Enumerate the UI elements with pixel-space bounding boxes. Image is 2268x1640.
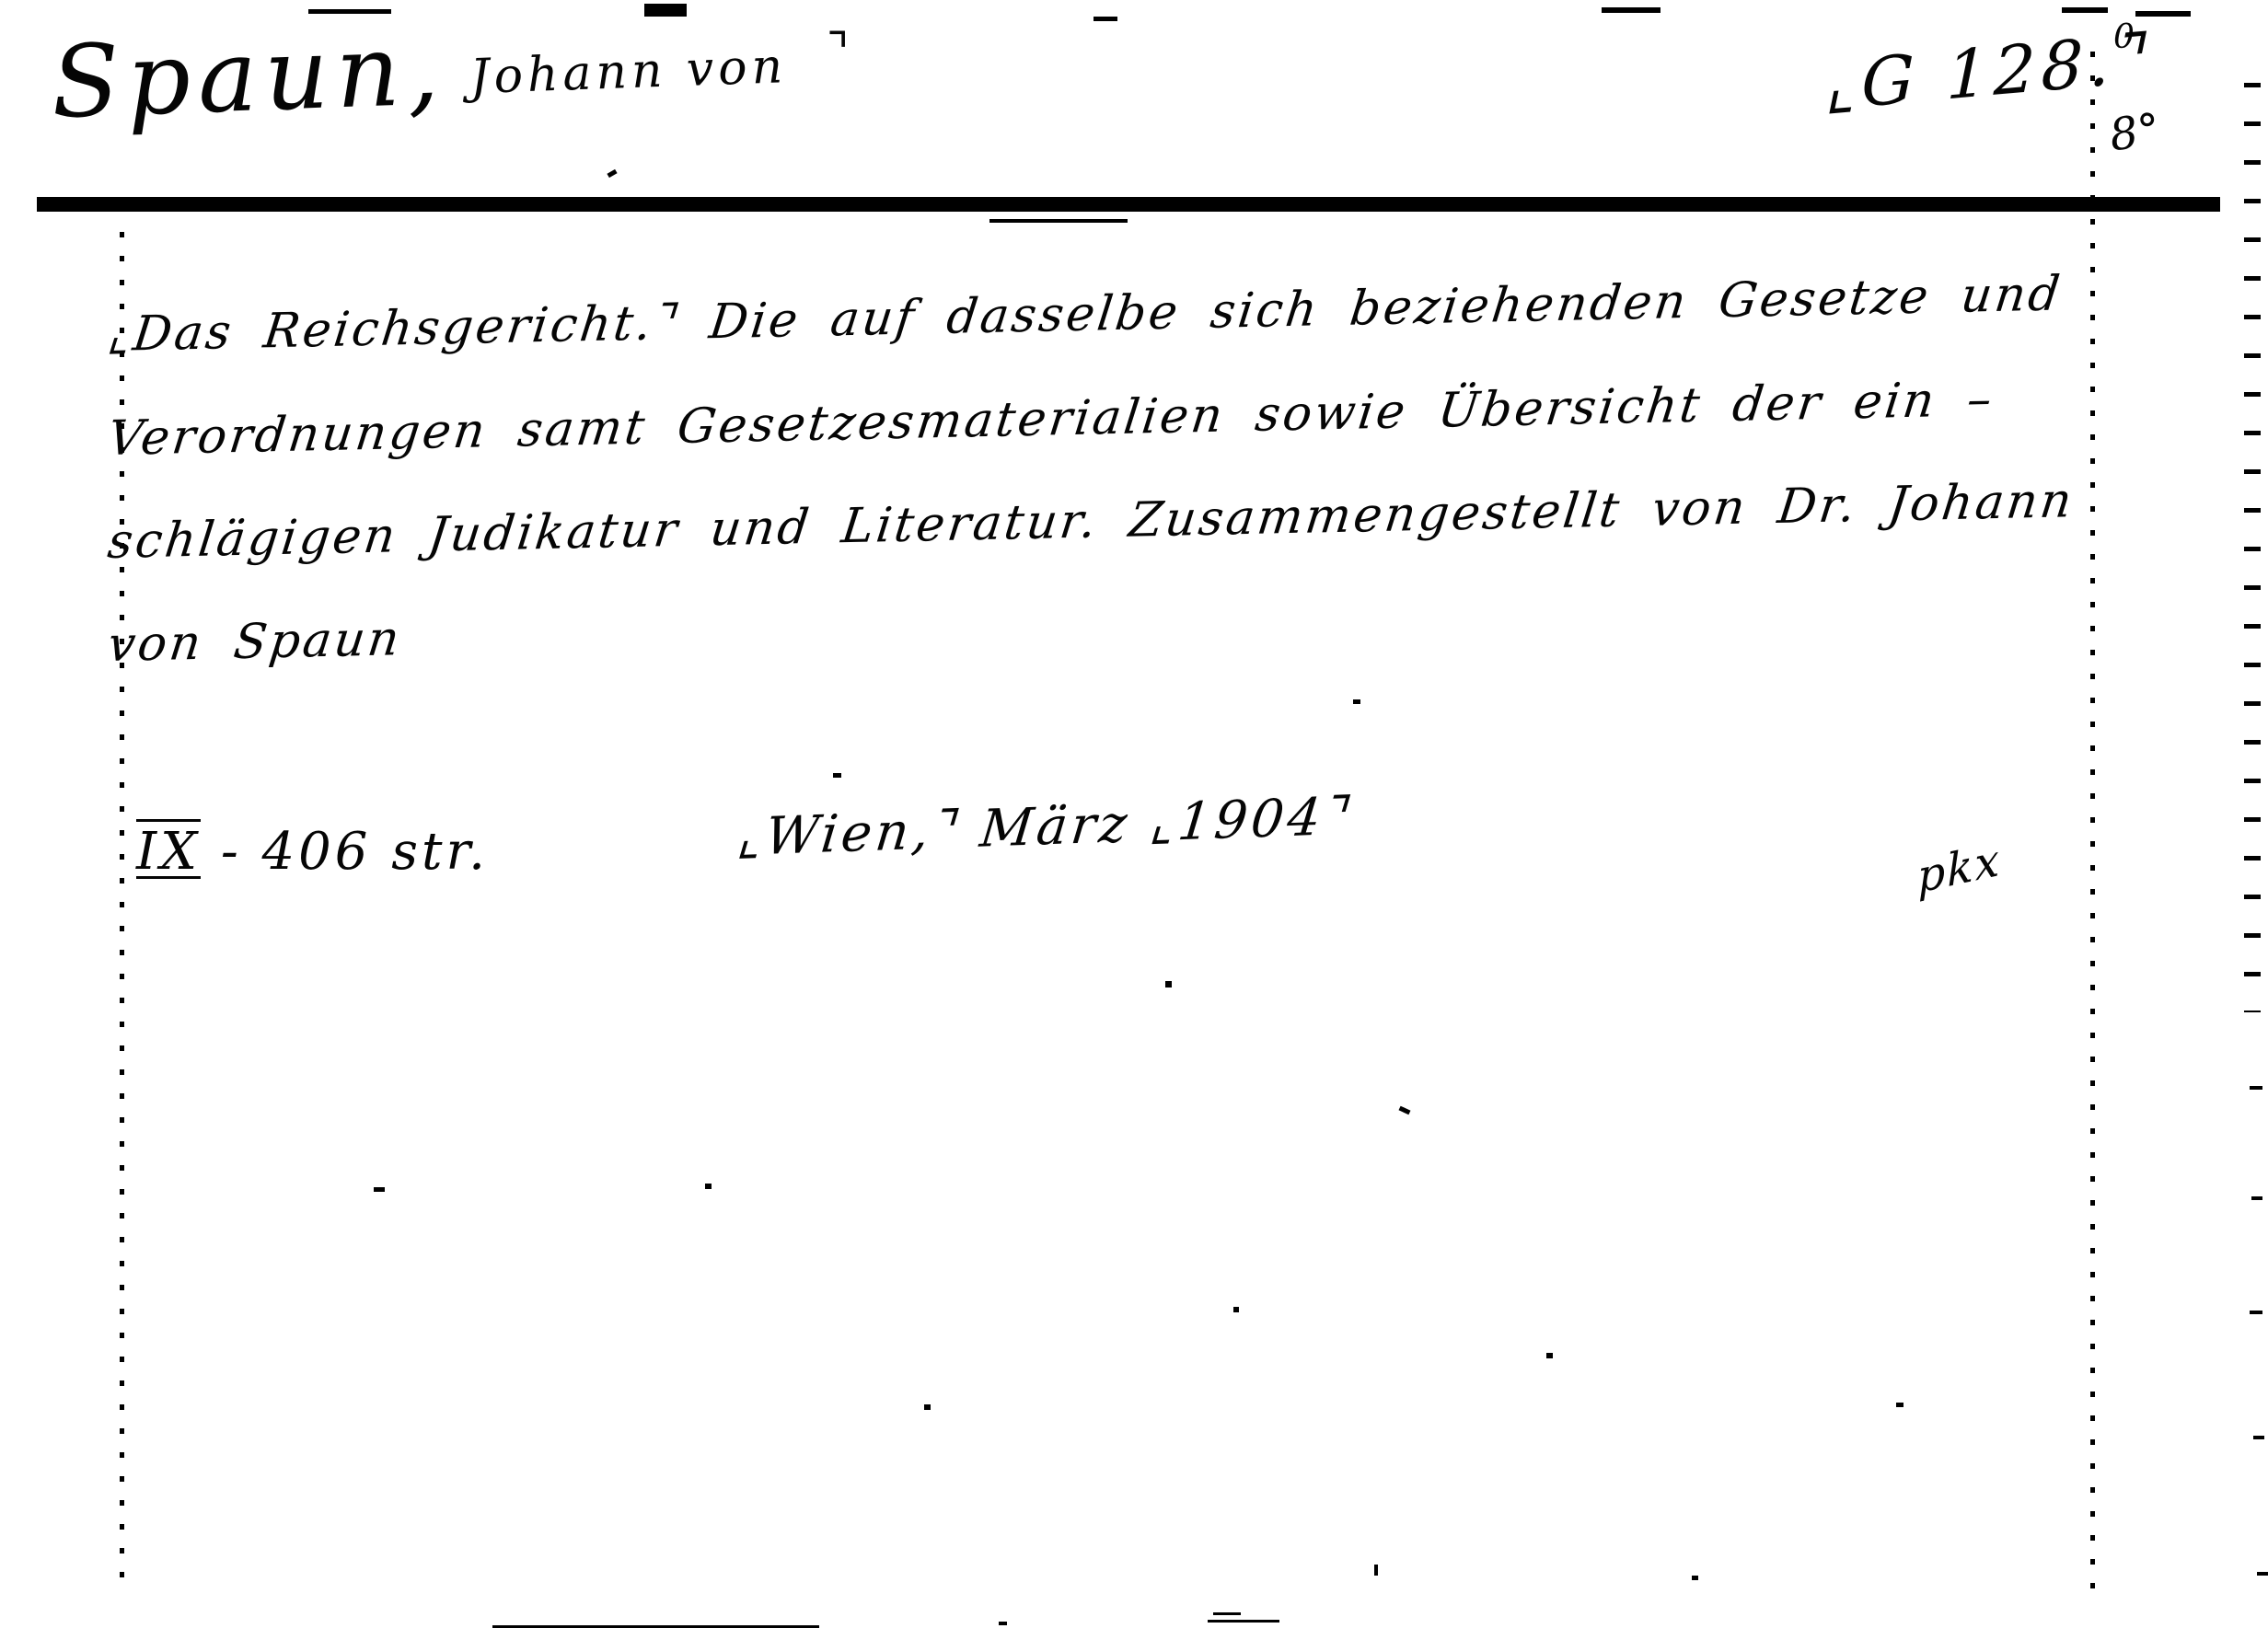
call-number-roman: IX	[136, 822, 201, 882]
edge-artifact	[2253, 1436, 2264, 1439]
catalog-card: Spaun,Johann von ⌝ ⌞G 128.⌝ 0 8° ⌞Das Re…	[0, 0, 2268, 1640]
call-number: IX - 406 str.	[136, 822, 489, 882]
scan-artifact	[308, 9, 391, 14]
edge-artifact	[2257, 1572, 2268, 1576]
size-annotation: 0	[2113, 18, 2135, 56]
title-line-1: ⌞Das Reichsgericht.⌝ Die auf dasselbe si…	[105, 266, 2065, 363]
edge-artifact	[2251, 1196, 2262, 1200]
editorial-bracket-mark: ⌝	[827, 24, 849, 79]
edge-artifact	[2250, 1086, 2262, 1090]
title-line-2: Verordnungen samt Gesetzesmaterialien so…	[105, 372, 1997, 467]
bottom-edge-line	[492, 1625, 819, 1628]
ink-speckle	[1399, 1106, 1411, 1115]
bottom-edge-line	[1208, 1620, 1279, 1623]
format-designation: 8°	[2106, 103, 2163, 161]
title-line-4: von Spaun	[105, 611, 405, 673]
ink-speckle	[1374, 1565, 1378, 1576]
author-forename: Johann von	[469, 39, 788, 105]
edge-artifacts	[2244, 83, 2261, 1012]
scan-artifact	[2135, 11, 2191, 17]
place-and-date: ⌞Wien,⌝ März ⌞1904⌝	[735, 786, 1355, 868]
ink-speckle	[1165, 981, 1172, 987]
ink-speckle	[1692, 1576, 1698, 1580]
edge-artifact	[2250, 1311, 2262, 1314]
right-margin-dotted-line	[2090, 52, 2095, 1598]
bottom-edge-line	[1213, 1612, 1241, 1615]
cataloguer-initials: pkx	[1916, 834, 2002, 904]
scan-artifact	[2062, 7, 2108, 13]
heading-author-name: Spaun,Johann von	[50, 0, 789, 141]
shelfmark: ⌞G 128.⌝	[1824, 19, 2152, 125]
ink-speckle	[607, 169, 617, 178]
call-number-rest: - 406 str.	[221, 822, 489, 882]
ink-speckle	[1353, 699, 1360, 704]
scan-artifact	[1602, 7, 1660, 13]
header-rule-fragment	[989, 219, 1128, 223]
ink-speckle	[1896, 1403, 1903, 1407]
ink-speckle	[833, 773, 841, 778]
ink-speckle	[1233, 1307, 1239, 1312]
ink-speckle	[374, 1187, 385, 1192]
ink-speckle	[1546, 1353, 1553, 1358]
title-line-3: schlägigen Judikatur und Literatur. Zusa…	[105, 473, 2077, 570]
ink-speckle	[924, 1404, 931, 1410]
scan-artifact	[1093, 17, 1117, 21]
bottom-edge-dot	[999, 1622, 1007, 1625]
ink-speckle	[705, 1184, 712, 1189]
header-rule	[37, 197, 2220, 212]
author-surname: Spaun,	[50, 12, 448, 141]
